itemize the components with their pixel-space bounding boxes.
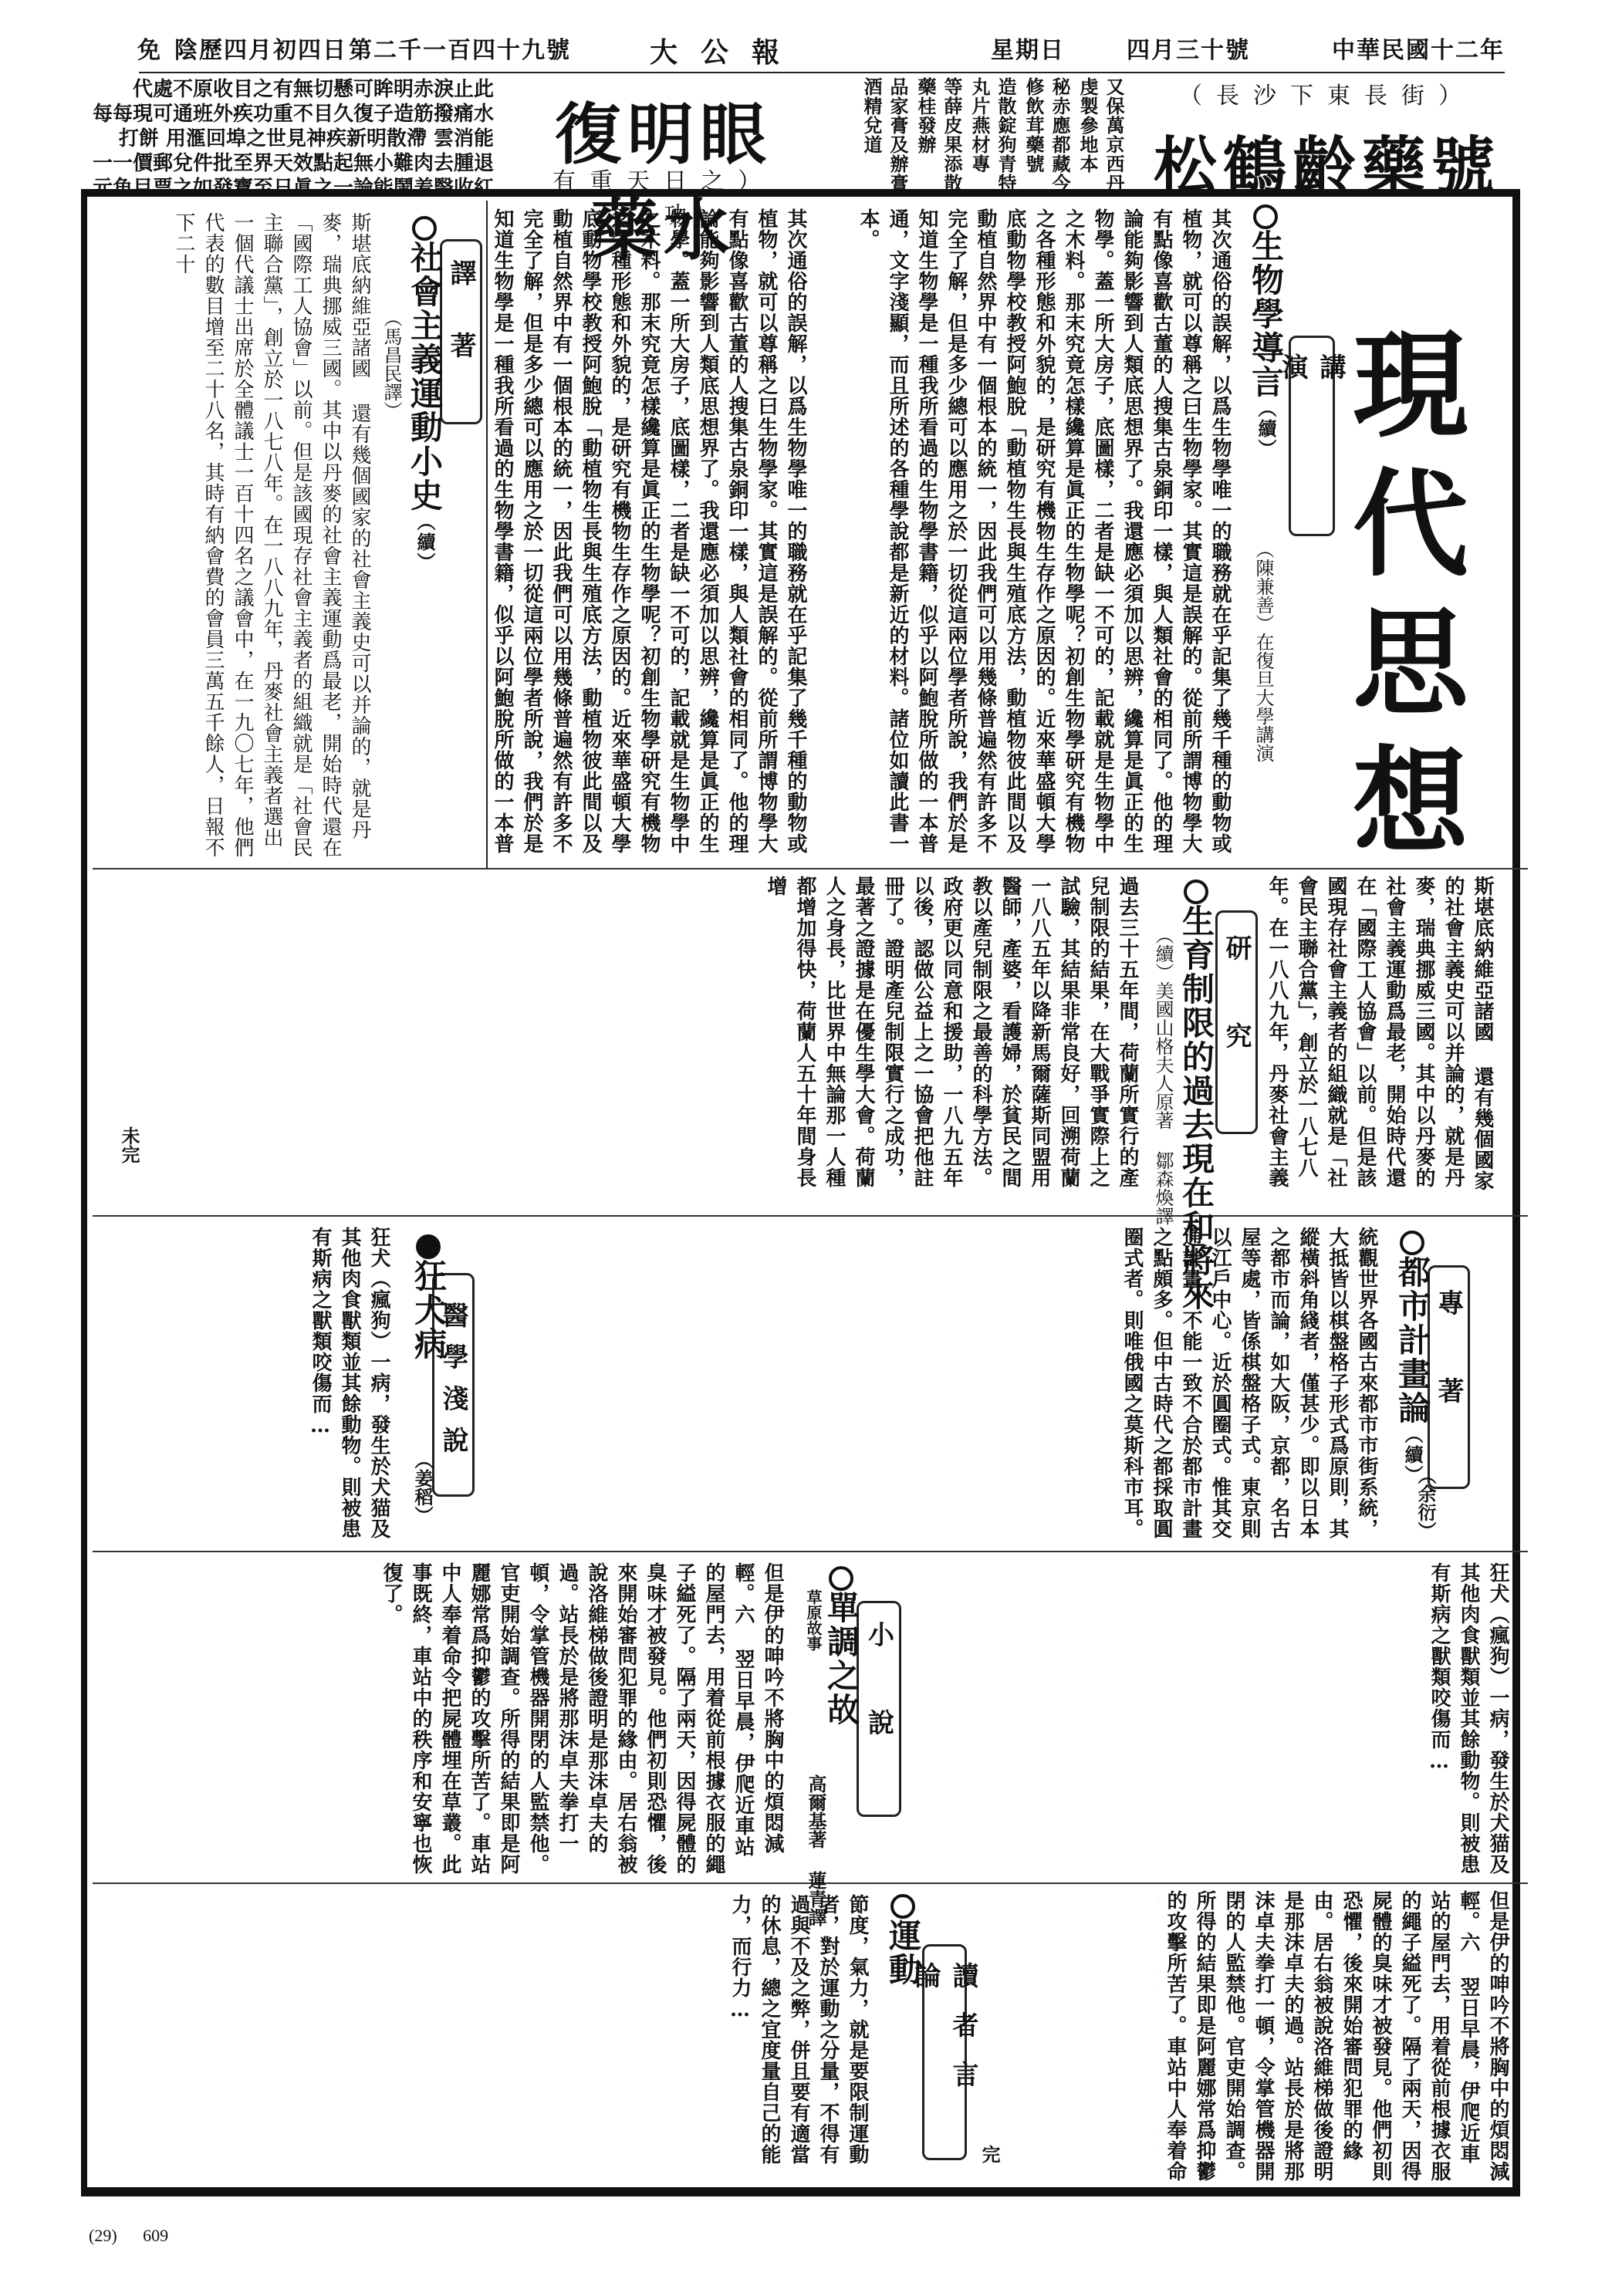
left-ad-line: 代處不原收目之有無切懸可眸明赤淚止此 — [85, 77, 494, 102]
bottom-bar — [81, 2187, 1520, 2196]
eye-ad-detail-line: 造散錠狗青特丸片燕材專 — [966, 77, 1019, 193]
section-author: （陳兼善）在復旦大學講演 — [1250, 540, 1277, 762]
section-author: （續）美國山格夫人原著 鄒森煥譯 — [1150, 926, 1177, 1225]
eye-medicine-ad: 又保萬京西丹虔製參地本 秘赤應都藏今修飲茸藥號 造散錠狗青特丸片燕材專 等薛皮果… — [494, 73, 1134, 201]
pharmacy-address: （長沙下東長街） — [1150, 76, 1505, 110]
left-ad-line: 一一價郵兌件批至界天效點起無小難肉去腫退 — [85, 151, 494, 176]
section-label-research: 研究 — [1215, 910, 1258, 1134]
page-footer: (29) 609 — [89, 2226, 168, 2246]
author-text: （陳兼善） — [1252, 540, 1274, 633]
section-marker-icon — [416, 1234, 441, 1259]
author-text: 美國山格夫人原著 鄒森煥譯 — [1152, 981, 1174, 1225]
section-label-lecture: 講演 — [1289, 336, 1335, 536]
heading-text: 狂犬病 — [410, 1259, 448, 1361]
section-rule-2 — [93, 1215, 1528, 1217]
republic-date: 中華民國十二年 — [1332, 31, 1505, 65]
section-subtitle: 草原故事 — [803, 1589, 825, 1651]
eye-ad-detail-line: 又保萬京西丹虔製參地本 — [1074, 77, 1127, 193]
section-heading-monotony: 單調之故 — [818, 1566, 864, 1727]
not-finished-note: 未完 — [116, 1126, 143, 1163]
section-heading-socialism: 社會主義運動小史（續） — [401, 216, 448, 572]
heading-text: 運動 — [884, 1919, 922, 1987]
label-text: 譯著 — [442, 259, 480, 404]
issue-number: 第二千一百四十九號 — [349, 31, 571, 65]
supplement-title: 現代思想 — [1343, 324, 1458, 880]
section-body-socialism-cont: 斯堪底納維亞諸國 還有幾個國家的社會主義史可以并論的，就是丹麥，瑞典挪威三國。其… — [1265, 876, 1497, 1207]
column-divider — [486, 201, 488, 868]
section-body-biology-cont: 其次通俗的誤解，以爲生物學唯一的職務就在乎記集了幾千種的動物或植物，就可以尊稱之… — [494, 208, 810, 860]
section-author: （馬昌民譯） — [378, 309, 405, 420]
section-label-readers-opinion: 讀者言論 — [922, 1944, 967, 2160]
section-body-rabies-cont: 狂犬（瘋狗）一病，發生於犬猫及其他肉食獸類並其餘動物。則被患有斯病之獸類咬傷而… — [1204, 1562, 1512, 1875]
page-number-paren: (29) — [89, 2226, 117, 2245]
section-body-socialism: 斯堪底納維亞諸國 還有幾個國家的社會主義史可以并論的，就是丹麥，瑞典挪威三國。其… — [108, 212, 374, 860]
section-rule-1 — [93, 868, 1528, 869]
end-note: 完 — [976, 2145, 1003, 2163]
section-rule-3 — [93, 1551, 1528, 1552]
page-mark: 免 — [137, 31, 162, 65]
weekday: 星期日 — [991, 31, 1065, 65]
gregorian-date: 四月三十號 — [1127, 31, 1250, 65]
lunar-date: 陰歷四月初四日 — [174, 31, 347, 65]
label-text: 讀者言論 — [907, 1962, 982, 2142]
page-number: 609 — [143, 2226, 168, 2245]
section-marker-icon — [1184, 880, 1208, 904]
eye-ad-details: 又保萬京西丹虔製參地本 秘赤應都藏今修飲茸藥號 造散錠狗青特丸片燕材專 等薛皮果… — [803, 77, 1127, 193]
section-body-exercise: 節度，氣力，就是要限制運動者，對於運動之分量，不得有過與不及之弊，併且要有適當的… — [108, 1894, 872, 2183]
section-body-rabies: 狂犬（瘋狗）一病，發生於犬猫及其他肉食獸類並其餘動物。則被患有斯病之獸類咬傷而… — [108, 1227, 394, 1543]
paper-name: 大公報 — [650, 31, 803, 70]
heading-text: 社會主義運動小史 — [406, 241, 444, 512]
eye-ad-detail-line: 秘赤應都藏今修飲茸藥號 — [1020, 77, 1073, 193]
eye-ad-detail-line: 品家膏及辦膏酒精兌道 — [858, 77, 911, 193]
heading-text: 生物學導言 — [1247, 229, 1285, 399]
section-heading-rabies: 狂犬病 — [405, 1234, 451, 1361]
pharmacy-ad: （長沙下東長街） 松鶴齡藥號 — [1150, 73, 1505, 201]
continued-mark: （續） — [1255, 399, 1277, 459]
section-heading-exercise: 運動 — [880, 1894, 926, 1987]
section-heading-city-planning: 都市計畫論（續） — [1389, 1231, 1435, 1485]
section-marker-icon — [1253, 204, 1278, 229]
continued-mark: （續） — [414, 512, 436, 572]
label-text: 專著 — [1430, 1289, 1468, 1465]
section-marker-icon — [1400, 1231, 1424, 1255]
left-ad-line: 打餅 用滙回埠之世見神疾新明散滯 雲消能 — [85, 127, 494, 151]
section-marker-icon — [890, 1894, 915, 1919]
section-marker-icon — [829, 1566, 853, 1591]
left-ad: 代處不原收目之有無切懸可眸明赤淚止此 每每現可通班外疾功重不目久復子造筋撥痛水 … — [85, 73, 494, 201]
section-body-birth-control: 過去三十五年間，荷蘭所實行的產兒制限的結果，在大戰爭實際上之試驗，其結果非常良好… — [108, 876, 1142, 1207]
section-heading-biology: 生物學導言（續） — [1242, 204, 1289, 459]
left-ad-line: 每每現可通班外疾功重不目久復子造筋撥痛水 — [85, 102, 494, 127]
section-author: （姜稻） — [409, 1450, 436, 1524]
section-marker-icon — [412, 216, 437, 241]
continued-mark: （續） — [1152, 926, 1174, 981]
label-text: 研究 — [1218, 934, 1255, 1110]
section-body-city-planning: 統觀世界各國古來都市市街系統，大抵皆以棋盤格子形式爲原則，其縱橫斜角綫者，僅甚少… — [772, 1227, 1381, 1543]
section-author: （余衍） — [1412, 1466, 1439, 1540]
heading-text: 都市計畫論 — [1394, 1255, 1431, 1425]
eye-ad-detail-line: 等薛皮果添散藥桂發辦 — [912, 77, 965, 193]
heading-text: 單調之故 — [823, 1591, 860, 1727]
masthead: 中華民國十二年 四月三十號 星期日 大公報 第二千一百四十九號 陰歷四月初四日 … — [139, 31, 1505, 62]
label-text: 小說 — [860, 1621, 898, 1797]
section-body-biology: 其次通俗的誤解，以爲生物學唯一的職務就在乎記集了幾千種的動物或植物，就可以尊稱之… — [818, 208, 1235, 860]
venue-text: 在復旦大學講演 — [1252, 633, 1274, 762]
section-body-monotony-cont: 但是伊的呻吟不將胸中的煩悶減輕。六 翌日早晨，伊爬近車站的屋門去，用着從前根據衣… — [1157, 1890, 1512, 2183]
section-body-monotony: 但是伊的呻吟不將胸中的煩悶減輕。六 翌日早晨，伊爬近車站的屋門去，用着從前根據衣… — [108, 1562, 787, 1875]
